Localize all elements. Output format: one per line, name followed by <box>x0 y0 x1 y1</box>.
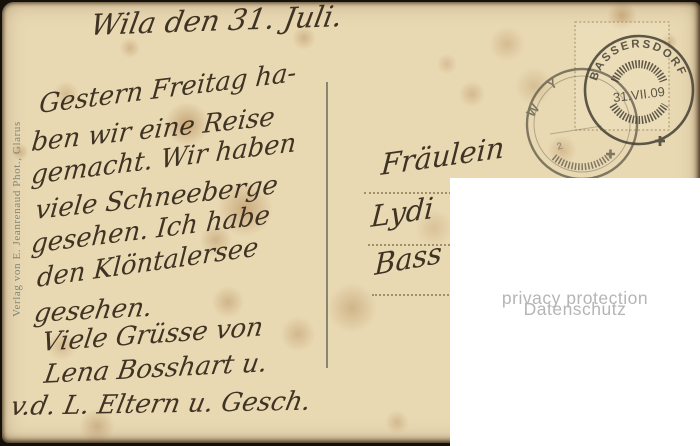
swiss-cross-icon <box>606 150 615 159</box>
privacy-overlay-text: privacy protection Datenschutz <box>502 293 648 315</box>
privacy-line-de: Datenschutz <box>502 304 648 315</box>
postcard-scan: Verlag von E. Jeanrenaud Phot., Glarus W… <box>0 0 700 446</box>
svg-text:2: 2 <box>556 141 565 153</box>
svg-text:W: W <box>523 100 543 119</box>
privacy-overlay: privacy protection Datenschutz <box>450 178 700 446</box>
svg-text:Y: Y <box>545 75 561 92</box>
